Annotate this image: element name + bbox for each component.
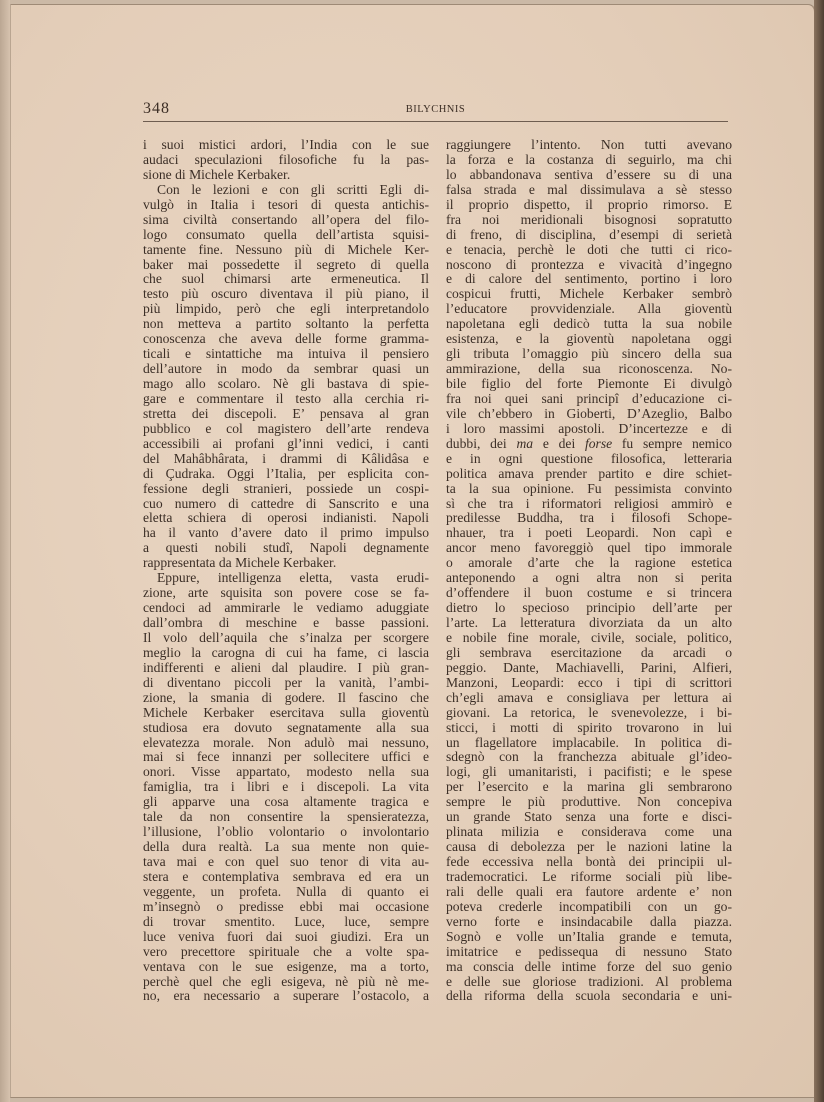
text-line: anteponendo a ogni altra non si perita (446, 571, 732, 586)
text-line: napoletana egli dedicò tutta la sua nobi… (446, 317, 732, 332)
text-line: vulgò in Italia i tesori di questa antic… (143, 198, 429, 213)
text-line: fra noi quei sani principî d’educazione … (446, 392, 732, 407)
text-line: causa di debolezza per le nazioni latine… (446, 840, 732, 855)
text-line: Sognò e volle un’Italia grande e temuta, (446, 930, 732, 945)
text-line: dietro lo specioso principio dell’arte p… (446, 601, 732, 616)
text-column-right: raggiungere l’intento. Non tutti avevano… (446, 138, 732, 1004)
text-line: zione, arte squisita son povere cose se … (143, 586, 429, 601)
text-line: un grande Stato senza una forte e disci- (446, 810, 732, 825)
text-line: la forza e la costanza di seguirlo, ma c… (446, 153, 732, 168)
text-line: ticali e sintattiche ma intuiva il pensi… (143, 347, 429, 362)
text-line: sione di Michele Kerbaker. (143, 168, 429, 183)
text-line: sempre le più produttive. Non concepiva (446, 795, 732, 810)
text-line: tamente fine. Nessuno più di Michele Ker… (143, 243, 429, 258)
text-line: stretta dei discepoli. E’ pensava al gra… (143, 407, 429, 422)
text-line: indifferenti e alieni dal plaudire. I pi… (143, 661, 429, 676)
text-line: di freno, di disciplina, d’esempi di ser… (446, 228, 732, 243)
text-line: cuo numero di cattedre di Sanscrito e un… (143, 497, 429, 512)
text-line: un flagellatore implacabile. In politica… (446, 736, 732, 751)
text-line: stera e contemplativa sembrava ed era un (143, 870, 429, 885)
text-line: fessione degli stranieri, possiede un co… (143, 482, 429, 497)
text-line: ancor meno favoreggiò quel tipo immorale (446, 541, 732, 556)
text-line: del Mahâbhârata, i drammi di Kâlidâsa e (143, 452, 429, 467)
text-line: lo abbandonava sentiva d’essere su di un… (446, 168, 732, 183)
text-line: non metteva a partito soltanto la perfet… (143, 317, 429, 332)
page-left-edge (0, 0, 10, 1102)
text-line: gli apparve una cosa altamente tragica e (143, 795, 429, 810)
text-line: il proprio dispetto, il proprio rimorso.… (446, 198, 732, 213)
text-line: ventava con le sue esigenze, ma a torto, (143, 960, 429, 975)
text-line: e di calore del sentimento, portino i lo… (446, 272, 732, 287)
text-line: meglio la carogna di cui ha fame, ci las… (143, 646, 429, 661)
text-line: logo consumato quella dell’artista squis… (143, 228, 429, 243)
text-line: accessibili ai profani gl’inni vedici, i… (143, 437, 429, 452)
text-column-left: i suoi mistici ardori, l’India con le su… (143, 138, 429, 1004)
text-line: conoscenza che aveva delle forme gramma- (143, 332, 429, 347)
text-line: eletta schiera di operosi indianisti. Na… (143, 511, 429, 526)
text-line: audaci speculazioni filosofiche fu la pa… (143, 153, 429, 168)
text-line: e nobile fine morale, civile, sociale, p… (446, 631, 732, 646)
text-line: dall’ombra di meschine e basse passioni. (143, 616, 429, 631)
text-line: cendoci ad ammirarle le vediamo aduggiat… (143, 601, 429, 616)
text-line: famiglia, tra i libri e i discepoli. La … (143, 780, 429, 795)
text-line: mago allo scolaro. Nè gli bastava di spi… (143, 377, 429, 392)
text-line: peggio. Dante, Machiavelli, Parini, Alfi… (446, 661, 732, 676)
text-line: testo più oscuro diventava il più piano,… (143, 287, 429, 302)
text-line: no, era necessario a superare l’ostacolo… (143, 989, 429, 1004)
text-line: o amorale d’arte che la ragione estetica (446, 556, 732, 571)
text-line: gli tributa l’omaggio più sincero della … (446, 347, 732, 362)
text-line: mai si fece innanzi per sollecitere uffi… (143, 750, 429, 765)
text-line: plinata milizia e considerava come una (446, 825, 732, 840)
text-line: ma conscia delle intime forze del suo ge… (446, 960, 732, 975)
text-line: raggiungere l’intento. Non tutti avevano (446, 138, 732, 153)
text-fragment: e dei (533, 436, 585, 451)
text-line: imitatrice e pedissequa di nessuno Stato (446, 945, 732, 960)
text-line: ch’egli amava e consigliava per lettura … (446, 691, 732, 706)
text-line: Michele Kerbaker esercitava sulla gioven… (143, 706, 429, 721)
text-line: gare e commentare il testo alla cerchia … (143, 392, 429, 407)
text-line: gli sembrava esercitazione da arcadi o (446, 646, 732, 661)
text-line: sticci, i motti di spirito trovarono in … (446, 721, 732, 736)
running-header: 348 BILYCHNIS (143, 100, 728, 122)
text-line: zione, la smania di godere. Il fascino c… (143, 691, 429, 706)
text-line: e tenacia, perchè le doti che tutti ci r… (446, 243, 732, 258)
text-line: ta la sua opinione. Fu pessimista convin… (446, 482, 732, 497)
text-fragment: fu sempre nemico (612, 436, 732, 451)
text-line: i suoi mistici ardori, l’India con le su… (143, 138, 429, 153)
text-line: sdegnò con la franchezza abituale gl’ide… (446, 750, 732, 765)
text-line: di diventano piccoli per la vanità, l’am… (143, 676, 429, 691)
text-line: per l’esercito e la marina gli sembraron… (446, 780, 732, 795)
text-line: sima civiltà consertando all’opera del f… (143, 213, 429, 228)
text-line: perchè quel che egli esigeva, nè più nè … (143, 975, 429, 990)
text-line: predilesse Buddha, tra i filosofi Schope… (446, 511, 732, 526)
text-line: di trovar smentito. Luce, luce, sempre (143, 915, 429, 930)
text-line: Con le lezioni e con gli scritti Egli di… (143, 183, 429, 198)
text-line: che suol chimarsi arte ermeneutica. Il (143, 272, 429, 287)
text-line: vero precettore spirituale che a volte s… (143, 945, 429, 960)
text-line: dell’autore in modo da sembrar quasi un (143, 362, 429, 377)
text-line: m’insegnò o predisse ebbi mai occasione (143, 900, 429, 915)
text-line: di Çudraka. Oggi l’Italia, per esplicita… (143, 467, 429, 482)
text-line: e delle sue gloriose tradizioni. Al prob… (446, 975, 732, 990)
text-line: poteva crederle incompatibili con un go- (446, 900, 732, 915)
text-line: sì che tra i riformatori religiosi ammir… (446, 497, 732, 512)
text-line: nhauer, tra i poeti Leopardi. Non capì e (446, 526, 732, 541)
text-line: l’arte. La letteratura divorziata da un … (446, 616, 732, 631)
text-line: tava mai e con quel suo tenor di vita au… (143, 855, 429, 870)
text-line: i loro massimi apostoli. D’incertezze e … (446, 422, 732, 437)
text-line: studiosa era dovuto segnatamente alla su… (143, 721, 429, 736)
text-line: politica amava prender partito e dire sc… (446, 467, 732, 482)
text-line: esistenza, e la gioventù napoletana oggi (446, 332, 732, 347)
text-line: baker mai possedette il segreto di quell… (143, 258, 429, 273)
text-line: giovani. La retorica, le svenevolezze, i… (446, 706, 732, 721)
text-line: e in ogni questione filosofica, letterar… (446, 452, 732, 467)
text-line: cospicui frutti, Michele Kerbaker sembrò (446, 287, 732, 302)
text-line: dubbi, dei ma e dei forse fu sempre nemi… (446, 437, 732, 452)
text-line: l’illusione, l’oblio volontario o involo… (143, 825, 429, 840)
text-line: pubblico e col magistero dell’arte rende… (143, 422, 429, 437)
text-line: l’educatore provvidenziale. Alla giovent… (446, 302, 732, 317)
book-spine (814, 0, 824, 1102)
italic-word: forse (585, 436, 612, 451)
text-line: a questi nobili studî, Napoli degnamente (143, 541, 429, 556)
header-rule (143, 121, 728, 122)
text-line: fra noi meridionali bisognosi sopratutto (446, 213, 732, 228)
text-line: vile ch’ebbero in Gioberti, D’Azeglio, B… (446, 407, 732, 422)
text-line: veggente, un profeta. Nulla di quanto ei (143, 885, 429, 900)
text-line: tale da non consentire la spensieratezza… (143, 810, 429, 825)
text-line: fede eccessiva nella bontà dei principii… (446, 855, 732, 870)
text-line: della riforma della scuola secondaria e … (446, 989, 732, 1004)
text-line: elevatezza morale. Non adulò mai nessuno… (143, 736, 429, 751)
text-line: rali delle quali era fautore ardente e’ … (446, 885, 732, 900)
text-line: più limpido, però che egli interpretando… (143, 302, 429, 317)
text-line: rappresentata da Michele Kerbaker. (143, 556, 429, 571)
italic-word: ma (516, 436, 533, 451)
text-line: Eppure, intelligenza eletta, vasta erudi… (143, 571, 429, 586)
text-line: luce veniva fuori dai suoi giudizi. Era … (143, 930, 429, 945)
text-line: verno forte e insindacabile dalla piazza… (446, 915, 732, 930)
text-line: noscono di prontezza e vivacità d’ingegn… (446, 258, 732, 273)
text-line: Manzoni, Leopardi: ecco i tipi di scritt… (446, 676, 732, 691)
text-fragment: dubbi, dei (446, 436, 516, 451)
text-line: onori. Visse appartato, modesto nella su… (143, 765, 429, 780)
text-line: della dura realtà. La sua mente non quie… (143, 840, 429, 855)
text-line: trademocratici. Le riforme sociali più l… (446, 870, 732, 885)
text-line: Il volo dell’aquila che s’inalza per sco… (143, 631, 429, 646)
text-line: ammirazione, della sua riconoscenza. No- (446, 362, 732, 377)
text-line: falsa strada e mal dissimulava a sè stes… (446, 183, 732, 198)
text-line: ha il vanto d’avere dato il primo impuls… (143, 526, 429, 541)
text-line: bile figlio del forte Piemonte Ei divulg… (446, 377, 732, 392)
text-line: logi, gli umanitaristi, i pacifisti; e l… (446, 765, 732, 780)
journal-title: BILYCHNIS (143, 104, 728, 115)
text-line: d’offendere il buon costume e si trincer… (446, 586, 732, 601)
